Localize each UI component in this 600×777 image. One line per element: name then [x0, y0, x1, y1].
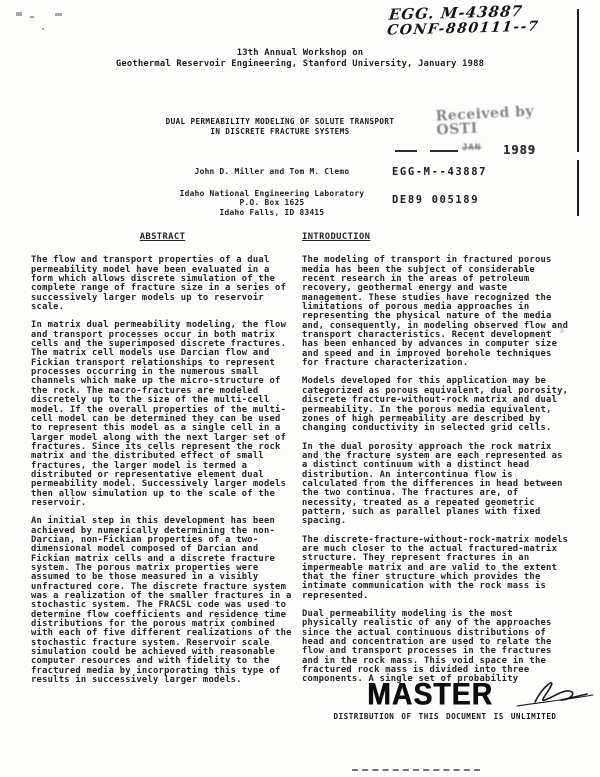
- conference-header-line1: 13th Annual Workshop on: [0, 48, 600, 59]
- stamp-month-fragment: JAN: [462, 143, 481, 153]
- affiliation-line1: Idaho National Engineering Laboratory: [122, 189, 422, 198]
- conference-header-line2: Geothermal Reservoir Engineering, Stanfo…: [0, 59, 600, 70]
- handwritten-note: EGG. M-43887 CONF-880111--7: [386, 1, 590, 38]
- authors-line: John D. Miller and Tom M. Clemo: [122, 167, 422, 176]
- conference-header: 13th Annual Workshop on Geothermal Reser…: [0, 48, 600, 70]
- paper-title-line2: IN DISCRETE FRACTURE SYSTEMS: [130, 127, 430, 137]
- introduction-paragraph: In the dual porosity approach the rock m…: [302, 443, 569, 527]
- signature-mark: [505, 676, 595, 710]
- scanned-document-page: EGG. M-43887 CONF-880111--7 13th Annual …: [0, 0, 600, 777]
- page-edge-artifact: [577, 9, 579, 152]
- abstract-heading: ABSTRACT: [31, 233, 294, 242]
- affiliation-line2: P.O. Box 1625: [122, 198, 422, 207]
- distribution-notice: DISTRIBUTION OF THIS DOCUMENT IS UNLIMIT…: [315, 712, 575, 721]
- scan-smudge: .…·ʒ: [541, 325, 579, 333]
- scan-speck: [42, 28, 44, 30]
- affiliation-block: Idaho National Engineering Laboratory P.…: [122, 189, 422, 217]
- stamp-date-line: JAN 1989: [390, 143, 560, 157]
- introduction-paragraph: Models developed for this application ma…: [302, 377, 569, 433]
- received-stamp-text: Received by OSTI: [435, 104, 534, 139]
- abstract-paragraph: The flow and transport properties of a d…: [31, 256, 294, 312]
- abstract-column: ABSTRACT The flow and transport properti…: [31, 233, 294, 694]
- scan-speck: [55, 13, 62, 16]
- paper-title-line1: DUAL PERMEABILITY MODELING OF SOLUTE TRA…: [130, 117, 430, 127]
- stamp-dash: [395, 150, 417, 152]
- introduction-paragraph: Dual permeability modeling is the most p…: [302, 610, 569, 685]
- scan-speck: [16, 12, 22, 16]
- page-edge-artifact: [577, 160, 579, 216]
- introduction-paragraph: The discrete-fracture-without-rock-matri…: [302, 536, 569, 601]
- introduction-column: INTRODUCTION The modeling of transport i…: [302, 233, 569, 694]
- affiliation-line3: Idaho Falls, ID 83415: [122, 208, 422, 217]
- introduction-paragraph: The modeling of transport in fractured p…: [302, 256, 569, 368]
- introduction-heading: INTRODUCTION: [302, 233, 569, 242]
- paper-title: DUAL PERMEABILITY MODELING OF SOLUTE TRA…: [130, 117, 430, 136]
- abstract-paragraph: In matrix dual permeability modeling, th…: [31, 321, 294, 508]
- stamp-year: 1989: [503, 143, 536, 157]
- master-stamp: MASTER: [336, 679, 525, 710]
- scan-speck: [30, 16, 34, 18]
- scan-smudge: [352, 769, 480, 771]
- received-stamp: Received by OSTI: [435, 102, 576, 137]
- abstract-paragraph: An initial step in this development has …: [31, 517, 294, 685]
- stamp-dash: [430, 150, 458, 152]
